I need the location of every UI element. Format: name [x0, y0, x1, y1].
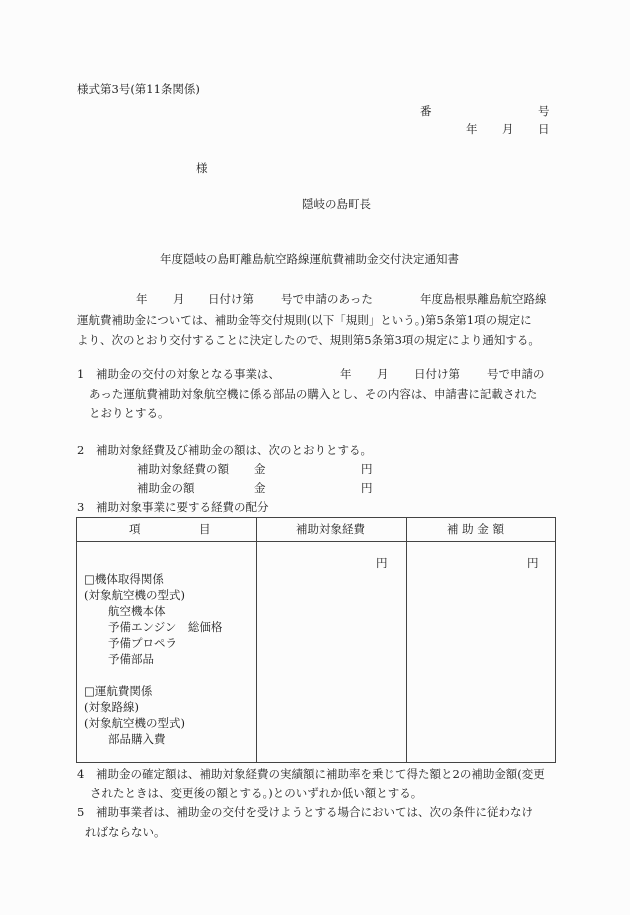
issuer-name: 隠岐の島町長 [302, 199, 371, 211]
subsidy-amount-yen: 円 [527, 558, 539, 570]
reference-number-suffix: 号 [538, 106, 550, 118]
row-spare-parts: 予備部品 [108, 654, 154, 666]
item-1-line-2: あった運航費補助対象航空機に係る部品の購入とし、その内容は、申請書に記載された [89, 389, 537, 401]
column-divider-2 [406, 518, 407, 762]
item-1-text: 補助金の交付の対象となる事業は、 [96, 369, 280, 381]
item-5-line-2: ればならない。 [85, 827, 166, 839]
subsidy-amount-label: 補助金の額 [137, 483, 195, 495]
item-1-month: 月 [377, 369, 389, 381]
subsidy-amount-unit: 円 [361, 483, 373, 495]
item-3-number: 3 [77, 502, 84, 514]
intro-year: 年 [136, 294, 148, 306]
item-2-text: 補助対象経費及び補助金の額は、次のとおりとする。 [96, 445, 372, 457]
row-spare-propeller: 予備プロペラ [108, 638, 177, 650]
eligible-cost-label: 補助対象経費の額 [137, 464, 229, 476]
eligible-cost-prefix: 金 [254, 464, 266, 476]
form-label: 様式第3号(第11条関係) [77, 84, 200, 96]
subsidy-amount-prefix: 金 [254, 483, 266, 495]
item-4-line-2: されたときは、変更後の額とする。)とのいずれか低い額とする。 [90, 788, 422, 800]
date-year: 年 [466, 124, 478, 136]
item-1-day-ref: 日付け第 [414, 369, 460, 381]
row-parts-purchase: 部品購入費 [108, 734, 166, 746]
intro-request: 号で申請のあった [281, 294, 373, 306]
addressee-honorific: 様 [196, 163, 208, 175]
header-item-left: 項 [129, 524, 141, 536]
item-1-year: 年 [340, 369, 352, 381]
row-spare-engine: 予備エンジン 総価格 [108, 622, 222, 634]
document-title: 年度隠岐の島町離島航空路線運航費補助金交付決定通知書 [160, 254, 459, 266]
date-month: 月 [502, 124, 514, 136]
item-5-number: 5 [77, 807, 84, 819]
reference-number-prefix: 番 [420, 106, 432, 118]
item-5-line-1: 補助事業者は、補助金の交付を受けようとする場合においては、次の条件に従わなけ [96, 807, 533, 819]
eligible-cost-unit: 円 [361, 464, 373, 476]
intro-line-2: 運航費補助金については、補助金等交付規則(以下「規則」という。)第5条第1項の規… [77, 315, 532, 327]
intro-day-ref: 日付け第 [208, 294, 254, 306]
header-eligible-cost: 補助対象経費 [296, 524, 365, 536]
row-operating-costs: □運航費関係 [84, 686, 152, 698]
intro-fiscal-year: 年度島根県離島航空路線 [420, 294, 547, 306]
eligible-cost-yen: 円 [376, 558, 388, 570]
row-aircraft-body: 航空機本体 [108, 606, 166, 618]
item-1-request: 号で申請の [487, 369, 545, 381]
item-4-number: 4 [77, 769, 84, 781]
expense-allocation-table: 項 目 補助対象経費 補 助 金 額 円 円 □機体取得関係 (対象航空機の型式… [76, 517, 556, 763]
header-subsidy-amount: 補 助 金 額 [447, 524, 504, 536]
item-4-line-1: 補助金の確定額は、補助対象経費の実績額に補助率を乗じて得た額と2の補助金額(変更 [96, 769, 545, 781]
item-1-number: 1 [77, 369, 84, 381]
header-divider [77, 541, 555, 542]
intro-month: 月 [173, 294, 185, 306]
row-operating-aircraft-model: (対象航空機の型式) [84, 718, 185, 730]
intro-line-3: より、次のとおり交付することに決定したので、規則第5条第3項の規定により通知する… [77, 335, 540, 347]
header-item-right: 目 [199, 524, 211, 536]
row-target-route: (対象路線) [84, 702, 139, 714]
row-aircraft-model: (対象航空機の型式) [84, 590, 185, 602]
date-day: 日 [538, 124, 550, 136]
column-divider-1 [256, 518, 257, 762]
row-aircraft-acquisition: □機体取得関係 [84, 574, 164, 586]
item-1-line-3: とおりとする。 [89, 408, 170, 420]
item-3-text: 補助対象事業に要する経費の配分 [96, 502, 269, 514]
item-2-number: 2 [77, 445, 84, 457]
